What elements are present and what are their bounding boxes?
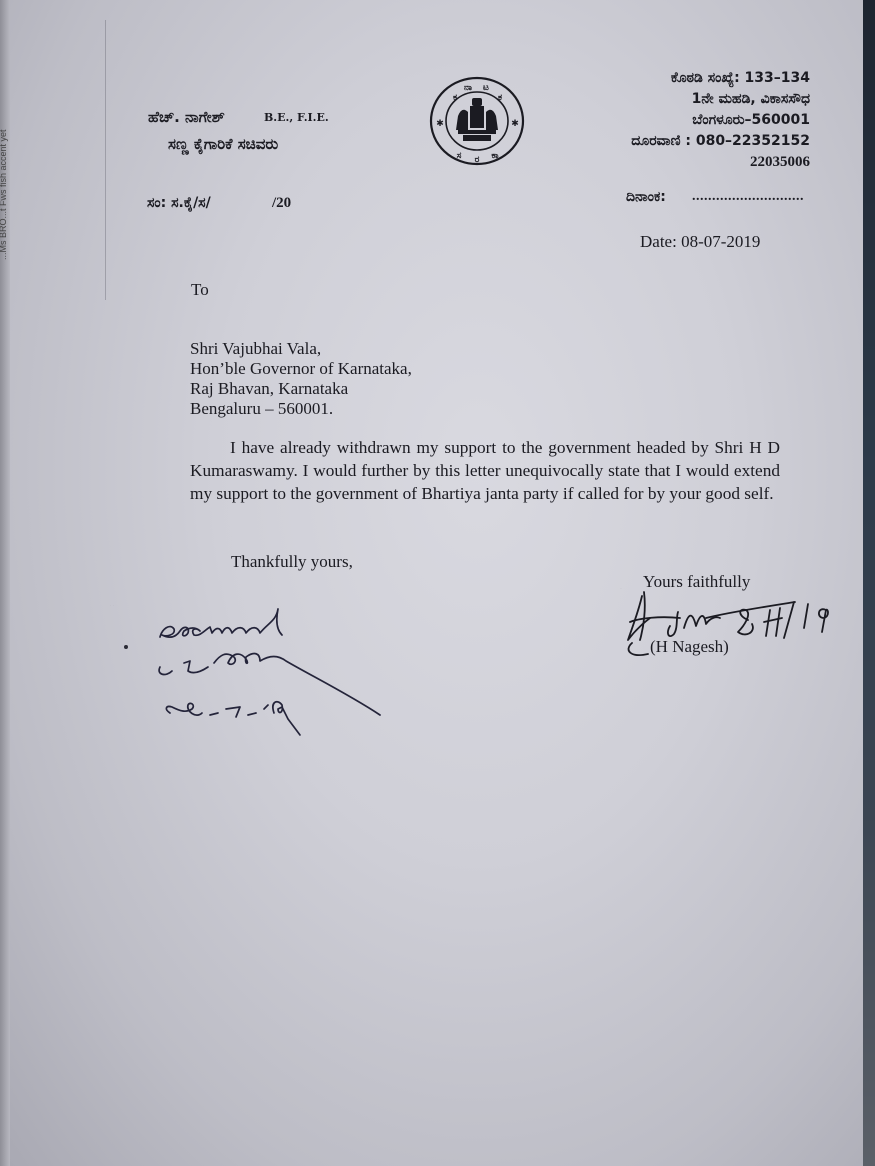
government-of-karnataka-emblem-icon: ಕ ನಾ ಟ ಕ ಸ ರ ಕಾ ✱ ✱: [428, 76, 526, 166]
reference-year: /20: [272, 195, 291, 212]
sender-name-kannada: ಹೆಚ್. ನಾಗೇಶ್: [148, 108, 225, 126]
page-crease: [105, 20, 106, 300]
date-label-kannada: ದಿನಾಂಕ:: [626, 189, 666, 205]
backdrop-edge-text: ...Ms BRO...t Fws fish accent yet: [0, 0, 8, 260]
addressee-block: Shri Vajubhai Vala, Hon’ble Governor of …: [190, 339, 412, 419]
addressee-name: Shri Vajubhai Vala,: [190, 339, 412, 359]
addressee-address: Raj Bhavan, Karnataka: [190, 379, 412, 399]
date-blank-line: ............................: [692, 189, 804, 205]
letter-date: Date: 08-07-2019: [640, 232, 760, 252]
signer-name: (H Nagesh): [650, 637, 729, 657]
svg-text:ಕ: ಕ: [498, 93, 502, 103]
office-address-block: ಕೊಠಡಿ ಸಂಖ್ಯೆ: 133–134 1ನೇ ಮಹಡಿ, ವಿಕಾಸಸೌಧ…: [631, 68, 810, 173]
svg-text:ಕಾ: ಕಾ: [491, 151, 498, 161]
office-floor-building: 1ನೇ ಮಹಡಿ, ವಿಕಾಸಸೌಧ: [631, 89, 810, 110]
svg-text:ಸ: ಸ: [457, 151, 462, 161]
salutation-to: To: [191, 280, 209, 300]
addressee-title: Hon’ble Governor of Karnataka,: [190, 359, 412, 379]
sender-qualifications: B.E., F.I.E.: [264, 111, 329, 124]
reference-number-label: ಸಂ: ಸ.ಕೈ/ಸ/: [147, 195, 211, 211]
svg-text:ರ: ರ: [475, 155, 480, 165]
svg-text:ನಾ: ನಾ: [464, 83, 472, 93]
closing-left: Thankfully yours,: [231, 552, 353, 572]
backdrop-right-edge: [863, 0, 875, 1166]
svg-text:✱: ✱: [511, 119, 519, 129]
received-date: 8-7-19: [110, 605, 114, 606]
svg-text:ಕ: ಕ: [453, 93, 457, 103]
handwritten-received-note: Received (initials) 8-7-19: [110, 605, 410, 745]
svg-text:ಟ: ಟ: [483, 83, 489, 93]
sender-designation-kannada: ಸಣ್ಣ ಕೈಗಾರಿಕೆ ಸಚಿವರು: [168, 135, 278, 153]
office-phone-2: 22035006: [631, 152, 810, 173]
svg-text:✱: ✱: [436, 119, 444, 129]
addressee-city: Bengaluru – 560001.: [190, 399, 412, 419]
office-city-pincode: ಬೆಂಗಳೂರು–560001: [631, 110, 810, 131]
letter-body: I have already withdrawn my support to t…: [190, 436, 780, 506]
office-room-number: ಕೊಠಡಿ ಸಂಖ್ಯೆ: 133–134: [631, 68, 810, 89]
signature-date: 8/7/19: [620, 588, 624, 589]
backdrop-left-edge: ...Ms BRO...t Fws fish accent yet: [0, 0, 10, 1166]
office-phone-1: ದೂರವಾಣಿ : 080–22352152: [631, 131, 810, 152]
letter-body-paragraph: I have already withdrawn my support to t…: [190, 436, 780, 506]
